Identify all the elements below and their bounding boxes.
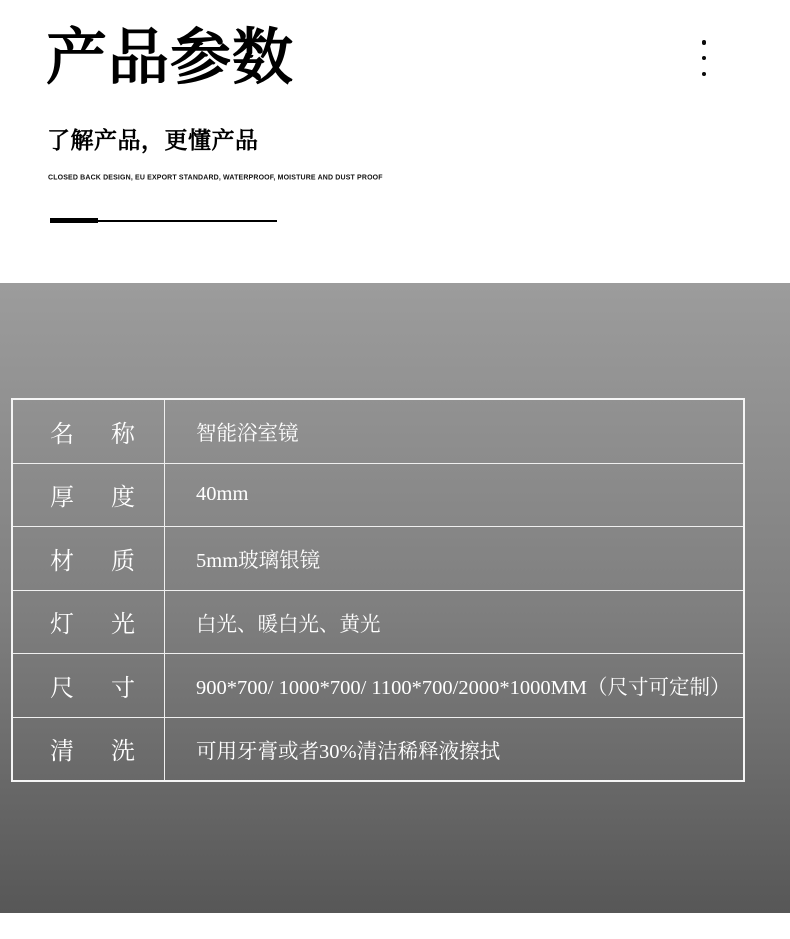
spec-label-char: 寸 — [111, 668, 135, 703]
spec-label: 清洗 — [13, 718, 165, 781]
spec-label-char: 清 — [50, 731, 74, 766]
spec-label-char: 厚 — [50, 477, 74, 512]
divider-thin-segment — [98, 220, 277, 222]
kebab-menu-icon[interactable] — [694, 40, 714, 76]
spec-table: 名称 智能浴室镜 厚度 40mm 材质 5mm玻璃银镜 灯光 白光、暖白光、黄光… — [11, 398, 745, 782]
table-row: 名称 智能浴室镜 — [13, 400, 743, 463]
spec-value: 可用牙膏或者30%清洁稀释液擦拭 — [165, 718, 743, 781]
table-row: 厚度 40mm — [13, 463, 743, 527]
spec-label: 材质 — [13, 527, 165, 590]
divider-thick-segment — [50, 218, 98, 223]
spec-label-char: 灯 — [50, 604, 74, 639]
table-row: 清洗 可用牙膏或者30%清洁稀释液擦拭 — [13, 717, 743, 781]
spec-label: 尺寸 — [13, 654, 165, 717]
spec-label-char: 名 — [50, 414, 74, 449]
table-row: 灯光 白光、暖白光、黄光 — [13, 590, 743, 654]
spec-section: 名称 智能浴室镜 厚度 40mm 材质 5mm玻璃银镜 灯光 白光、暖白光、黄光… — [0, 283, 790, 913]
spec-label-char: 光 — [111, 604, 135, 639]
page-caption-en: CLOSED BACK DESIGN, EU EXPORT STANDARD, … — [48, 174, 383, 181]
section-divider — [50, 218, 277, 223]
spec-value: 900*700/ 1000*700/ 1100*700/2000*1000MM（… — [165, 654, 743, 717]
spec-value: 40mm — [165, 464, 743, 527]
spec-label-char: 洗 — [111, 731, 135, 766]
spec-label-char: 质 — [111, 541, 135, 576]
spec-label-char: 材 — [50, 541, 74, 576]
page-title: 产品参数 — [46, 24, 294, 91]
spec-value: 白光、暖白光、黄光 — [165, 591, 743, 654]
kebab-dot — [702, 40, 707, 45]
spec-label: 灯光 — [13, 591, 165, 654]
spec-label: 厚度 — [13, 464, 165, 527]
spec-label-char: 称 — [111, 414, 135, 449]
spec-value: 智能浴室镜 — [165, 400, 743, 463]
page-subtitle: 了解产品，更懂产品 — [47, 122, 259, 155]
spec-value: 5mm玻璃银镜 — [165, 527, 743, 590]
table-row: 尺寸 900*700/ 1000*700/ 1100*700/2000*1000… — [13, 653, 743, 717]
spec-label: 名称 — [13, 400, 165, 463]
spec-label-char: 尺 — [50, 668, 74, 703]
kebab-dot — [702, 72, 707, 77]
kebab-dot — [702, 56, 707, 61]
product-parameters-page: 产品参数 了解产品，更懂产品 CLOSED BACK DESIGN, EU EX… — [0, 0, 790, 939]
spec-label-char: 度 — [111, 477, 135, 512]
table-row: 材质 5mm玻璃银镜 — [13, 526, 743, 590]
